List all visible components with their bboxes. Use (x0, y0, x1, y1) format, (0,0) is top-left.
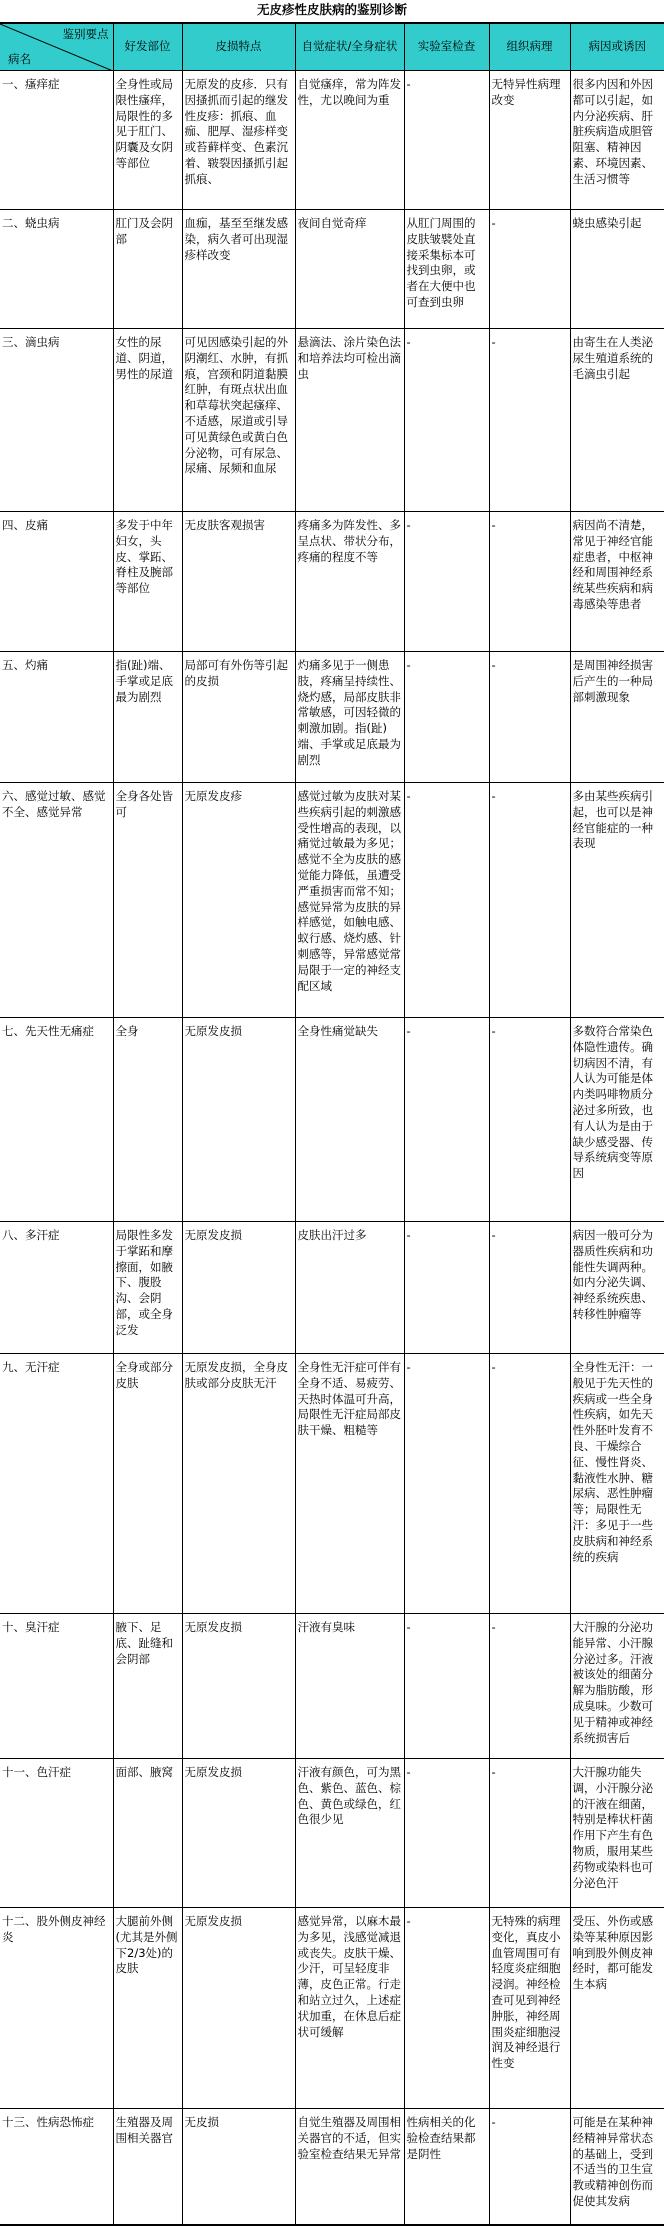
lesion-cell: 局部可有外伤等引起的皮损 (182, 652, 295, 783)
disease-name: 十、臭汗症 (0, 1614, 113, 1759)
site-cell: 生殖器及周围相关器官 (113, 2109, 182, 2225)
site-cell: 全身或部分皮肤 (113, 1354, 182, 1614)
table-row: 十一、色汗症 面部、腋窝 无原发皮损 汗液有颜色，可为黑色、紫色、蓝色、棕色、黄… (0, 1759, 664, 1908)
site-cell: 多发于中年妇女，头皮、掌跖、脊柱及腕部等部位 (113, 512, 182, 652)
lesion-cell: 无原发的皮疹．只有因搔抓而引起的继发性皮疹：抓痕、血痂、肥厚、湿疹样变或苔藓样变… (182, 71, 295, 210)
symptom-cell: 汗液有臭味 (295, 1614, 404, 1759)
disease-name: 九、无汗症 (0, 1354, 113, 1614)
header-corner-cell: 鉴别要点 病名 (0, 23, 113, 71)
symptom-cell: 自觉生殖器及周围相关器官的不适，但实验室检查结果无异常 (295, 2109, 404, 2225)
lesion-cell: 无原发皮损 (182, 1759, 295, 1908)
disease-name: 八、多汗症 (0, 1222, 113, 1354)
cause-cell: 多数符合常染色体隐性遗传。确切病因不清，有人认为可能是体内类吗啡物质分泌过多所致… (570, 1018, 664, 1222)
cause-cell: 全身性无汗：一般见于先天性的疾病或一些全身性疾病，如先天性外胚叶发育不良、干燥综… (570, 1354, 664, 1614)
disease-name: 十三、性病恐怖症 (0, 2109, 113, 2225)
disease-name: 六、感觉过敏、感觉不全、感觉异常 (0, 783, 113, 1018)
cause-cell: 病因尚不清楚，常见于神经官能症患者，中枢神经和周围神经系统某些疾病和病毒感染等患… (570, 512, 664, 652)
symptom-cell: 疼痛多为阵发性、多呈点状、带状分布，疼痛的程度不等 (295, 512, 404, 652)
pathology-cell: - (489, 1018, 570, 1222)
differential-diagnosis-table: 鉴别要点 病名 好发部位 皮损特点 自觉症状/全身症状 实验室检查 组织病理 病… (0, 22, 664, 2226)
pathology-cell: - (489, 2109, 570, 2225)
table-row: 五、灼痛 指(趾)端、手掌或足底最为剧烈 局部可有外伤等引起的皮损 灼痛多见于一… (0, 652, 664, 783)
header-site: 好发部位 (113, 23, 182, 71)
pathology-cell: - (489, 783, 570, 1018)
site-cell: 大腿前外侧(尤其是外侧下2/3处)的皮肤 (113, 1908, 182, 2109)
disease-name: 二、蛲虫病 (0, 210, 113, 329)
site-cell: 腋下、足底、趾缝和会阴部 (113, 1614, 182, 1759)
lesion-cell: 无原发皮损 (182, 1614, 295, 1759)
disease-name: 四、皮痛 (0, 512, 113, 652)
cause-cell: 由寄生在人类泌尿生殖道系统的毛滴虫引起 (570, 329, 664, 512)
header-pathology: 组织病理 (489, 23, 570, 71)
symptom-cell: 感觉过敏为皮肤对某些疾病引起的刺激感受性增高的表现，以痛觉过敏最为多见；感觉不全… (295, 783, 404, 1018)
page-title: 无皮疹性皮肤病的鉴别诊断 (0, 0, 664, 22)
header-corner-bottom: 病名 (8, 52, 31, 68)
lesion-cell: 无原发皮损 (182, 1222, 295, 1354)
symptom-cell: 夜间自觉奇痒 (295, 210, 404, 329)
site-cell: 全身 (113, 1018, 182, 1222)
lab-cell: - (404, 783, 489, 1018)
pathology-cell: 无特异性病理改变 (489, 71, 570, 210)
lesion-cell: 无原发皮疹 (182, 783, 295, 1018)
pathology-cell: - (489, 512, 570, 652)
disease-name: 七、先天性无痛症 (0, 1018, 113, 1222)
site-cell: 全身性或局限性瘙痒，局限性的多见于肛门、阴囊及女阴等部位 (113, 71, 182, 210)
pathology-cell: 无特殊的病理变化，真皮小血管周围可有轻度炎症细胞浸润。神经检查可见到神经肿胀，神… (489, 1908, 570, 2109)
table-row: 八、多汗症 局限性多发于掌跖和摩擦面，如腋下、腹股沟、会阴部，或全身泛发 无原发… (0, 1222, 664, 1354)
site-cell: 女性的尿道、阴道，男性的尿道 (113, 329, 182, 512)
lab-cell: - (404, 652, 489, 783)
lesion-cell: 无原发皮损 (182, 1908, 295, 2109)
lab-cell: - (404, 1614, 489, 1759)
pathology-cell: - (489, 329, 570, 512)
table-row: 四、皮痛 多发于中年妇女，头皮、掌跖、脊柱及腕部等部位 无皮肤客观损害 疼痛多为… (0, 512, 664, 652)
symptom-cell: 悬滴法、涂片染色法和培养法均可检出滴虫 (295, 329, 404, 512)
lesion-cell: 血痂，基至至继发感染，病久者可出现湿疹样改变 (182, 210, 295, 329)
table-row: 十二、股外侧皮神经炎 大腿前外侧(尤其是外侧下2/3处)的皮肤 无原发皮损 感觉… (0, 1908, 664, 2109)
lab-cell: - (404, 329, 489, 512)
symptom-cell: 感觉异常，以麻木最为多见，浅感觉减退或丧失。皮肤干燥、少汗，可呈轻度非薄，皮色正… (295, 1908, 404, 2109)
table-header-row: 鉴别要点 病名 好发部位 皮损特点 自觉症状/全身症状 实验室检查 组织病理 病… (0, 23, 664, 71)
header-lesion: 皮损特点 (182, 23, 295, 71)
header-corner-top: 鉴别要点 (63, 27, 109, 43)
site-cell: 全身各处皆可 (113, 783, 182, 1018)
cause-cell: 多由某些疾病引起，也可以是神经官能症的一种表现 (570, 783, 664, 1018)
disease-name: 十二、股外侧皮神经炎 (0, 1908, 113, 2109)
symptom-cell: 自觉瘙痒，常为阵发性，尤以晚间为重 (295, 71, 404, 210)
lab-cell: 从肛门周围的皮肤皱襞处直接采集标本可找到虫卵，或者在大便中也可查到虫卵 (404, 210, 489, 329)
pathology-cell: - (489, 1354, 570, 1614)
pathology-cell: - (489, 1759, 570, 1908)
table-row: 三、滴虫病 女性的尿道、阴道，男性的尿道 可见因感染引起的外阴潮红、水肿，有抓痕… (0, 329, 664, 512)
table-row: 十三、性病恐怖症 生殖器及周围相关器官 无皮损 自觉生殖器及周围相关器官的不适，… (0, 2109, 664, 2225)
table-row: 九、无汗症 全身或部分皮肤 无原发皮损，全身皮肤或部分皮肤无汗 全身性无汗症可伴… (0, 1354, 664, 1614)
lab-cell: - (404, 1908, 489, 2109)
cause-cell: 病因一般可分为器质性疾病和功能性失调两种。如内分泌失调、神经系统疾患、转移性肿瘤… (570, 1222, 664, 1354)
pathology-cell: - (489, 210, 570, 329)
table-row: 二、蛲虫病 肛门及会阴部 血痂，基至至继发感染，病久者可出现湿疹样改变 夜间自觉… (0, 210, 664, 329)
lab-cell: - (404, 1222, 489, 1354)
cause-cell: 很多内因和外因都可以引起，如内分泌疾病、肝脏疾病造成胆管阻塞、精神因素、环境因素… (570, 71, 664, 210)
symptom-cell: 灼痛多见于一侧患肢，疼痛呈持续性、烧灼感，局部皮肤非常敏感，可因轻微的刺激加剧。… (295, 652, 404, 783)
disease-name: 五、灼痛 (0, 652, 113, 783)
table-row: 六、感觉过敏、感觉不全、感觉异常 全身各处皆可 无原发皮疹 感觉过敏为皮肤对某些… (0, 783, 664, 1018)
lesion-cell: 可见因感染引起的外阴潮红、水肿，有抓痕，宫颈和阴道黏膜红肿，有斑点状出血和草莓状… (182, 329, 295, 512)
cause-cell: 可能是在某种神经精神异常状态的基础上，受到不适当的卫生宣教或精神创伤而促使其发病 (570, 2109, 664, 2225)
pathology-cell: - (489, 1222, 570, 1354)
disease-name: 一、瘙痒症 (0, 71, 113, 210)
table-row: 一、瘙痒症 全身性或局限性瘙痒，局限性的多见于肛门、阴囊及女阴等部位 无原发的皮… (0, 71, 664, 210)
site-cell: 局限性多发于掌跖和摩擦面，如腋下、腹股沟、会阴部，或全身泛发 (113, 1222, 182, 1354)
pathology-cell: - (489, 652, 570, 783)
header-symptom: 自觉症状/全身症状 (295, 23, 404, 71)
lab-cell: - (404, 512, 489, 652)
cause-cell: 大汗腺功能失调，小汗腺分泌的汗液在细菌，特别是棒状杆菌作用下产生有色物质，服用某… (570, 1759, 664, 1908)
symptom-cell: 皮肤出汗过多 (295, 1222, 404, 1354)
site-cell: 面部、腋窝 (113, 1759, 182, 1908)
header-cause: 病因或诱因 (570, 23, 664, 71)
cause-cell: 大汗腺的分泌功能异常、小汗腺分泌过多。汗液被该处的细菌分解为脂肪酸，形成臭味。少… (570, 1614, 664, 1759)
lab-cell: 性病相关的化验检查结果都是阴性 (404, 2109, 489, 2225)
cause-cell: 蛲虫感染引起 (570, 210, 664, 329)
pathology-cell: - (489, 1614, 570, 1759)
symptom-cell: 全身性无汗症可伴有全身不适、易疲劳、天热时体温可升高，局限性无汗症局部皮肤干燥、… (295, 1354, 404, 1614)
site-cell: 指(趾)端、手掌或足底最为剧烈 (113, 652, 182, 783)
lesion-cell: 无原发皮损 (182, 1018, 295, 1222)
header-lab: 实验室检查 (404, 23, 489, 71)
lesion-cell: 无原发皮损，全身皮肤或部分皮肤无汗 (182, 1354, 295, 1614)
symptom-cell: 汗液有颜色，可为黑色、紫色、蓝色、棕色、黄色或绿色，红色很少见 (295, 1759, 404, 1908)
lesion-cell: 无皮肤客观损害 (182, 512, 295, 652)
table-row: 七、先天性无痛症 全身 无原发皮损 全身性痛觉缺失 - - 多数符合常染色体隐性… (0, 1018, 664, 1222)
lab-cell: - (404, 71, 489, 210)
disease-name: 十一、色汗症 (0, 1759, 113, 1908)
lab-cell: - (404, 1018, 489, 1222)
symptom-cell: 全身性痛觉缺失 (295, 1018, 404, 1222)
site-cell: 肛门及会阴部 (113, 210, 182, 329)
lab-cell: - (404, 1759, 489, 1908)
lab-cell: - (404, 1354, 489, 1614)
cause-cell: 受压、外伤或感染等某种原因影响到股外侧皮神经时，都可能发生本病 (570, 1908, 664, 2109)
cause-cell: 是周围神经损害后产生的一种局部刺激现象 (570, 652, 664, 783)
disease-name: 三、滴虫病 (0, 329, 113, 512)
table-row: 十、臭汗症 腋下、足底、趾缝和会阴部 无原发皮损 汗液有臭味 - - 大汗腺的分… (0, 1614, 664, 1759)
lesion-cell: 无皮损 (182, 2109, 295, 2225)
